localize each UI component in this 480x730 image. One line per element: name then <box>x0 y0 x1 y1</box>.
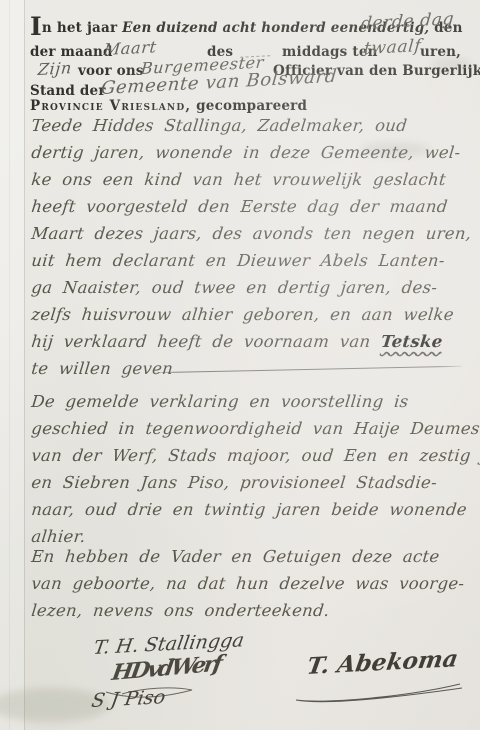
handwritten-line: van geboorte, na dat hun dezelve was voo… <box>30 570 478 597</box>
decorated-initial: I <box>30 12 42 41</box>
signature-officer: T. Abekoma <box>305 645 460 680</box>
handwritten-line: ke ons een kind van het vrouwelijk gesla… <box>30 166 478 193</box>
handwritten-paragraph-declaration: Teede Hiddes Stallinga, Zadelmaker, oudd… <box>30 112 475 382</box>
handwritten-line: De gemelde verklaring en voorstelling is <box>30 388 478 415</box>
handwritten-line: heeft voorgesteld den Eerste dag der maa… <box>30 193 478 220</box>
handwritten-name-line: hij verklaard heeft de voornaam van Tets… <box>30 328 478 355</box>
printed-stand-der: Stand der <box>30 83 106 99</box>
signature-witness2: S J Piso <box>90 686 167 712</box>
signature-officer-flourish <box>290 682 465 706</box>
child-given-name: Tetske <box>380 332 444 351</box>
handwritten-line: Maart dezes jaars, des avonds ten negen … <box>30 220 478 247</box>
handwritten-line: van der Werf, Stads majoor, oud Een en z… <box>30 442 478 469</box>
handwritten-hour: twaalf <box>363 36 422 59</box>
fold-line-faint <box>9 0 10 730</box>
handwritten-line: En hebben de Vader en Getuigen deze acte <box>30 543 478 570</box>
handwritten-paragraph-closing: En hebben de Vader en Getuigen deze acte… <box>30 543 475 624</box>
page-binding-edge <box>0 0 24 730</box>
handwritten-paragraph-witnesses: De gemelde verklaring en voorstelling is… <box>30 388 475 550</box>
handwritten-line: geschied in tegenwoordigheid van Haije D… <box>30 415 478 442</box>
fold-line <box>24 0 25 730</box>
handwritten-line: dertig jaren, wonende in deze Gemeente, … <box>30 139 478 166</box>
scanned-birth-record: In het jaar Een duizend acht honderd een… <box>0 0 480 730</box>
handwritten-line: uit hem declarant en Dieuwer Abels Lante… <box>30 247 478 274</box>
handwritten-line: lezen, nevens ons onderteekend. <box>30 597 478 624</box>
handwritten-zijn: Zijn <box>37 58 73 79</box>
handwritten-line: Teede Hiddes Stallinga, Zadelmaker, oud <box>30 112 478 139</box>
printed-uren: uren, <box>420 44 461 60</box>
handwritten-line: naar, oud drie en twintig jaren beide wo… <box>30 496 478 523</box>
handwritten-closing-line: te willen geven <box>30 355 478 382</box>
printed-text: n het jaar <box>42 20 117 36</box>
handwritten-line: ga Naaister, oud twee en dertig jaren, d… <box>30 274 478 301</box>
handwritten-month: Maart <box>103 37 158 59</box>
handwritten-line: zelfs huisvrouw alhier geboren, en aan w… <box>30 301 478 328</box>
handwritten-text: hij verklaard heeft de voornaam van <box>30 332 371 351</box>
handwritten-line: en Siebren Jans Piso, provisioneel Stads… <box>30 469 478 496</box>
